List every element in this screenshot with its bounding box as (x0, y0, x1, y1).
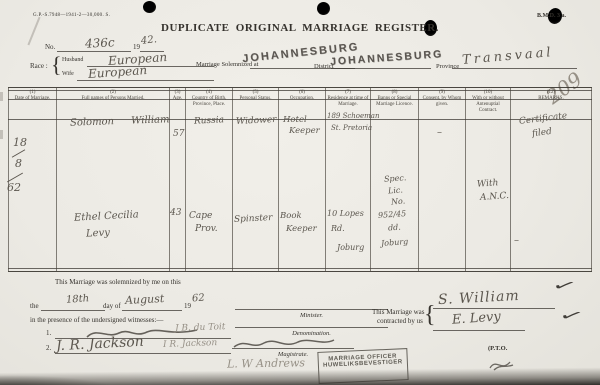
licence-entry: No. (391, 197, 406, 207)
scan-edge-mark (0, 130, 3, 139)
groom-birthplace: Russia (194, 115, 225, 127)
month-value: August (125, 292, 165, 307)
bride-signature-line (433, 330, 525, 331)
ruled-line (122, 310, 182, 311)
groom-residence: St. Pretoria (331, 124, 372, 132)
col-header: Country of Birth, Province, Place. (186, 95, 232, 108)
ruled-line (452, 68, 577, 69)
bride-occupation: Book (280, 211, 302, 221)
form-code: B.M.D. 3 a. (537, 13, 566, 19)
bride-ink-signature: E. Levy (452, 309, 502, 327)
bride-age: 43 (170, 208, 181, 218)
witness1-pencil-name: J B. du Toit (175, 322, 226, 334)
form-reference-number: G.P.-S.7948—1941-2—30,000. S. (33, 13, 110, 18)
header-number-rule (8, 99, 592, 100)
register-no-label: No. (45, 43, 55, 51)
col-date: (1)Date of Marriage. (8, 88, 57, 271)
groom-status: Widower (236, 115, 277, 127)
witness2-number: 2. (46, 344, 51, 352)
husband-label: Husband (62, 57, 83, 63)
minister-line (235, 309, 388, 310)
ruled-line (331, 68, 431, 69)
year-value: 62 (192, 292, 206, 304)
scan-shadow (0, 375, 116, 385)
race-brace: { (51, 52, 62, 78)
page-title: DUPLICATE ORIGINAL MARRIAGE REGISTER. (150, 22, 450, 34)
wife-race-value: European (88, 63, 148, 81)
year-prefix: 19 (133, 43, 140, 51)
scan-edge-mark (0, 92, 3, 101)
contracted-brace: { (424, 302, 436, 329)
licence-entry: Lic. (388, 185, 403, 195)
denomination-line (235, 327, 388, 328)
year-value: 42. (140, 34, 157, 47)
pencil-stroke (27, 17, 40, 45)
groom-occupation: Hotel (283, 115, 307, 125)
day-value: 18th (66, 293, 90, 306)
entry-date-year: 62 (7, 181, 21, 194)
entry-date-day: 18 (13, 136, 27, 149)
licence-entry: dd. (388, 223, 401, 233)
pto-label: (P.T.O. (488, 345, 507, 352)
witness2-line (55, 353, 231, 354)
magistrate-ink-signature (232, 336, 337, 352)
witness2-pencil-name: I R. Jackson (163, 338, 218, 350)
entry-date-month: 8 (15, 157, 22, 170)
ruled-line (41, 310, 105, 311)
antenuptial-entry: A.N.C. (480, 191, 510, 203)
bride-status: Spinster (234, 213, 273, 225)
witness2-ink-signature: J. R. Jackson (56, 334, 144, 355)
bride-birthplace: Prov. (195, 224, 218, 234)
magistrate-pencil-name: L. W Andrews (227, 356, 305, 370)
col-header: Banns or Special Marriage Licence. (371, 95, 418, 108)
bride-residence: Joburg (337, 243, 364, 252)
register-no-value: 436c (85, 35, 115, 51)
licence-entry: Joburg (381, 237, 409, 248)
punch-hole (143, 1, 156, 13)
antenuptial-entry: With (477, 178, 499, 189)
col-age: (3)Age. (170, 88, 186, 271)
consent-dash: – (437, 127, 442, 138)
solemnized-statement: This Marriage was solemnized by me on th… (55, 278, 181, 286)
col-header: Residence at time of Marriage. (326, 95, 370, 108)
day-of-label: day of (103, 302, 121, 310)
witness1-number: 1. (46, 329, 51, 337)
check-mark-icon: ✓ (556, 307, 587, 325)
the-label: the (30, 302, 39, 310)
magistrate-line (232, 348, 354, 349)
contracted-statement: contracted by us (377, 317, 423, 325)
contracted-statement: This Marriage was (372, 308, 424, 316)
bride-residence: 10 Lopes (327, 209, 364, 218)
province-value: Transvaal (462, 45, 555, 68)
bride-occupation: Keeper (286, 224, 317, 234)
race-label: Race : (30, 62, 48, 70)
bride-residence: Rd. (331, 224, 345, 233)
wife-label: Wife (62, 71, 74, 77)
groom-ink-signature: S. William (438, 288, 520, 308)
col-header: With or without Antenuptial Contract. (466, 95, 510, 114)
groom-occupation: Keeper (289, 126, 320, 136)
punch-hole (317, 2, 330, 15)
col-consent: (9)Consent, by Whom given. (419, 88, 466, 271)
groom-age: 57 (173, 129, 184, 139)
witnesses-intro: in the presence of the undersigned witne… (30, 316, 163, 324)
groom-residence: 189 Schoeman (327, 112, 380, 120)
col-header: Consent, by Whom given. (419, 95, 465, 108)
marriage-register-scan: G.P.-S.7948—1941-2—30,000. S. DUPLICATE … (0, 0, 600, 385)
ruled-line (57, 51, 131, 52)
bride-name: Levy (86, 227, 110, 239)
year-prefix: 19 (184, 302, 191, 310)
minister-label: Minister. (235, 312, 388, 319)
licence-entry: Spec. (384, 173, 407, 184)
dash-mark: – (514, 235, 519, 246)
bride-birthplace: Cape (189, 211, 212, 221)
check-mark-icon: ✓ (549, 277, 580, 295)
